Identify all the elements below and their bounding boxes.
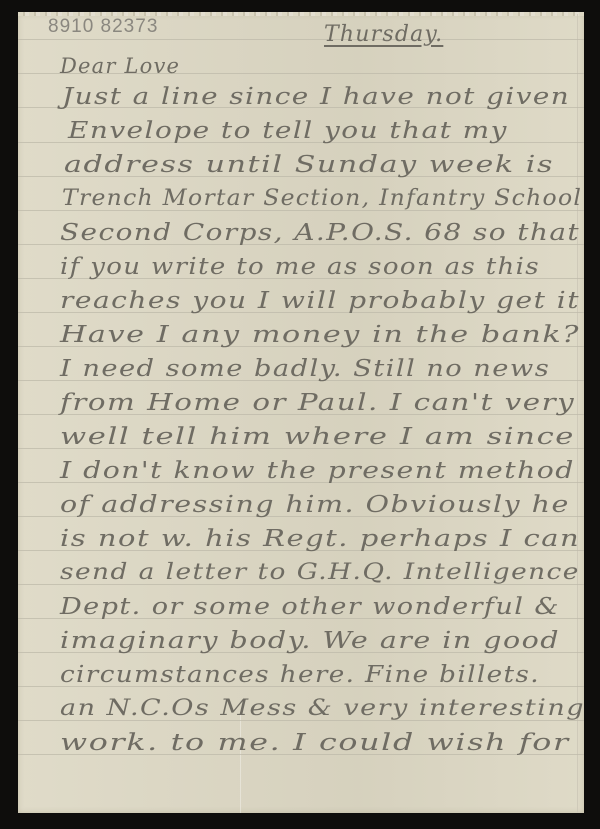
letter-line: Have I any money in the bank? (60, 322, 580, 348)
letter-line: circumstances here. Fine billets. (60, 662, 540, 688)
letter-line: imaginary body. We are in good (60, 628, 560, 654)
letter-line: Envelope to tell you that my (68, 118, 508, 144)
letter-line: if you write to me as soon as this (60, 254, 540, 280)
paper-fold (240, 714, 241, 813)
reference-number: 8910 82373 (48, 16, 158, 38)
letter-line: Trench Mortar Section, Infantry School (62, 186, 582, 211)
letter-line: Dept. or some other wonderful & (60, 594, 560, 620)
letter-date: Thursday. (324, 22, 443, 47)
letter-line: an N.C.Os Mess & very interesting (60, 696, 585, 721)
letter-line: send a letter to G.H.Q. Intelligence (60, 560, 580, 585)
letter-line: I need some badly. Still no news (60, 356, 550, 382)
letter-line: Just a line since I have not given (62, 84, 570, 110)
letter-line: I don't know the present method (60, 458, 575, 484)
letter-line: well tell him where I am since (60, 424, 575, 450)
ruled-line (18, 39, 584, 40)
letter-line: work. to me. I could wish for (60, 730, 570, 756)
letter-page: 8910 82373 Thursday. Dear Love Just a li… (18, 14, 584, 813)
salutation: Dear Love (60, 54, 180, 78)
letter-line: Second Corps, A.P.O.S. 68 so that (60, 220, 580, 246)
letter-line: address until Sunday week is (64, 152, 554, 178)
letter-line: reaches you I will probably get it (60, 288, 580, 314)
letter-line: is not w. his Regt. perhaps I can (60, 526, 580, 552)
letter-line: of addressing him. Obviously he (60, 492, 570, 518)
letter-line: from Home or Paul. I can't very (60, 390, 575, 416)
